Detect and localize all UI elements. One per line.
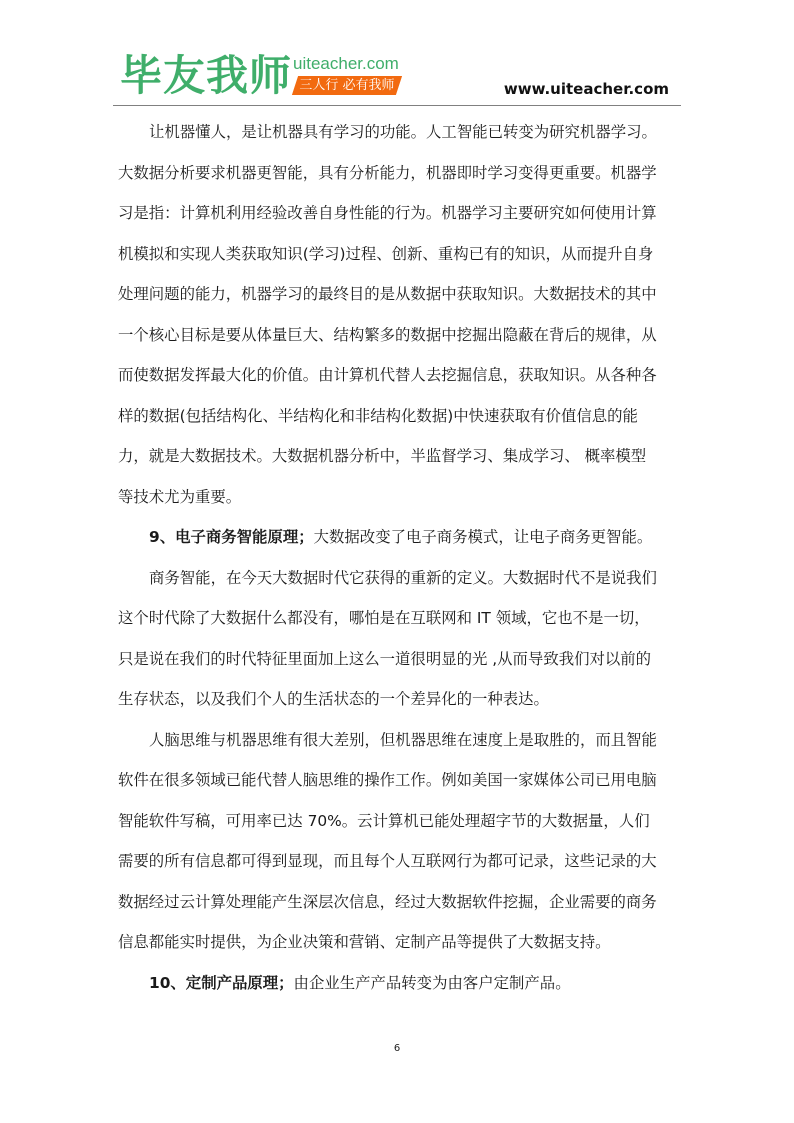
text-line: 这个时代除了大数据什么都没有，哪怕是在互联网和 IT 领域，它也不是一切， [118,598,678,639]
text-line: 而使数据发挥最大化的价值。由计算机代替人去挖掘信息，获取知识。从各种各 [118,355,678,396]
page-number: 6 [0,1043,794,1054]
heading-title: 9、电子商务智能原理； [149,528,314,546]
text-line: 处理问题的能力，机器学习的最终目的是从数据中获取知识。大数据技术的其中 [118,274,678,315]
text-line: 机模拟和实现人类获取知识(学习)过程、创新、重构已有的知识，从而提升自身 [118,234,678,275]
document-body: 让机器懂人，是让机器具有学习的功能。人工智能已转变为研究机器学习。 大数据分析要… [118,112,678,1003]
slogan-badge: 三人行 必有我师 [292,76,402,95]
text-line: 人脑思维与机器思维有很大差别，但机器思维在速度上是取胜的，而且智能 [118,720,678,761]
heading-title: 10、定制产品原理； [149,974,294,992]
text-line: 样的数据(包括结构化、半结构化和非结构化数据)中快速获取有价值信息的能 [118,396,678,437]
paragraph-machine-learning: 让机器懂人，是让机器具有学习的功能。人工智能已转变为研究机器学习。 大数据分析要… [118,112,678,517]
text-line: 一个核心目标是要从体量巨大、结构繁多的数据中挖掘出隐蔽在背后的规律，从 [118,315,678,356]
section-heading-9: 9、电子商务智能原理；大数据改变了电子商务模式，让电子商务更智能。 [118,517,678,558]
header-divider [113,105,681,106]
paragraph-business-intelligence: 商务智能，在今天大数据时代它获得的重新的定义。大数据时代不是说我们 这个时代除了… [118,558,678,720]
text-line: 生存状态，以及我们个人的生活状态的一个差异化的一种表达。 [118,679,678,720]
paragraph-human-vs-machine: 人脑思维与机器思维有很大差别，但机器思维在速度上是取胜的，而且智能 软件在很多领… [118,720,678,963]
text-line: 需要的所有信息都可得到显现，而且每个人互联网行为都可记录，这些记录的大 [118,841,678,882]
text-line: 只是说在我们的时代特征里面加上这么一道很明显的光 ,从而导致我们对以前的 [118,639,678,680]
text-line: 商务智能，在今天大数据时代它获得的重新的定义。大数据时代不是说我们 [118,558,678,599]
section-heading-10: 10、定制产品原理；由企业生产产品转变为由客户定制产品。 [118,963,678,1004]
slogan-text: 三人行 必有我师 [295,76,399,95]
text-line: 信息都能实时提供，为企业决策和营销、定制产品等提供了大数据支持。 [118,922,678,963]
site-url: www.uiteacher.com [504,80,669,98]
logo-chinese: 毕友我师 [120,52,292,100]
heading-summary: 由企业生产产品转变为由客户定制产品。 [294,974,571,992]
text-line: 习是指：计算机利用经验改善自身性能的行为。机器学习主要研究如何使用计算 [118,193,678,234]
logo-english: uiteacher.com [293,54,399,74]
text-line: 智能软件写稿，可用率已达 70%。云计算机已能处理超字节的大数据量，人们 [118,801,678,842]
text-line: 软件在很多领域已能代替人脑思维的操作工作。例如美国一家媒体公司已用电脑 [118,760,678,801]
text-line: 力，就是大数据技术。大数据机器分析中，半监督学习、集成学习、 概率模型 [118,436,678,477]
text-line: 数据经过云计算处理能产生深层次信息，经过大数据软件挖掘，企业需要的商务 [118,882,678,923]
page-header: 毕友我师 uiteacher.com 三人行 必有我师 www.uiteache… [113,50,681,105]
text-line: 等技术尤为重要。 [118,477,678,518]
text-line: 让机器懂人，是让机器具有学习的功能。人工智能已转变为研究机器学习。 [118,112,678,153]
text-line: 大数据分析要求机器更智能，具有分析能力，机器即时学习变得更重要。机器学 [118,153,678,194]
heading-summary: 大数据改变了电子商务模式，让电子商务更智能。 [314,528,653,546]
